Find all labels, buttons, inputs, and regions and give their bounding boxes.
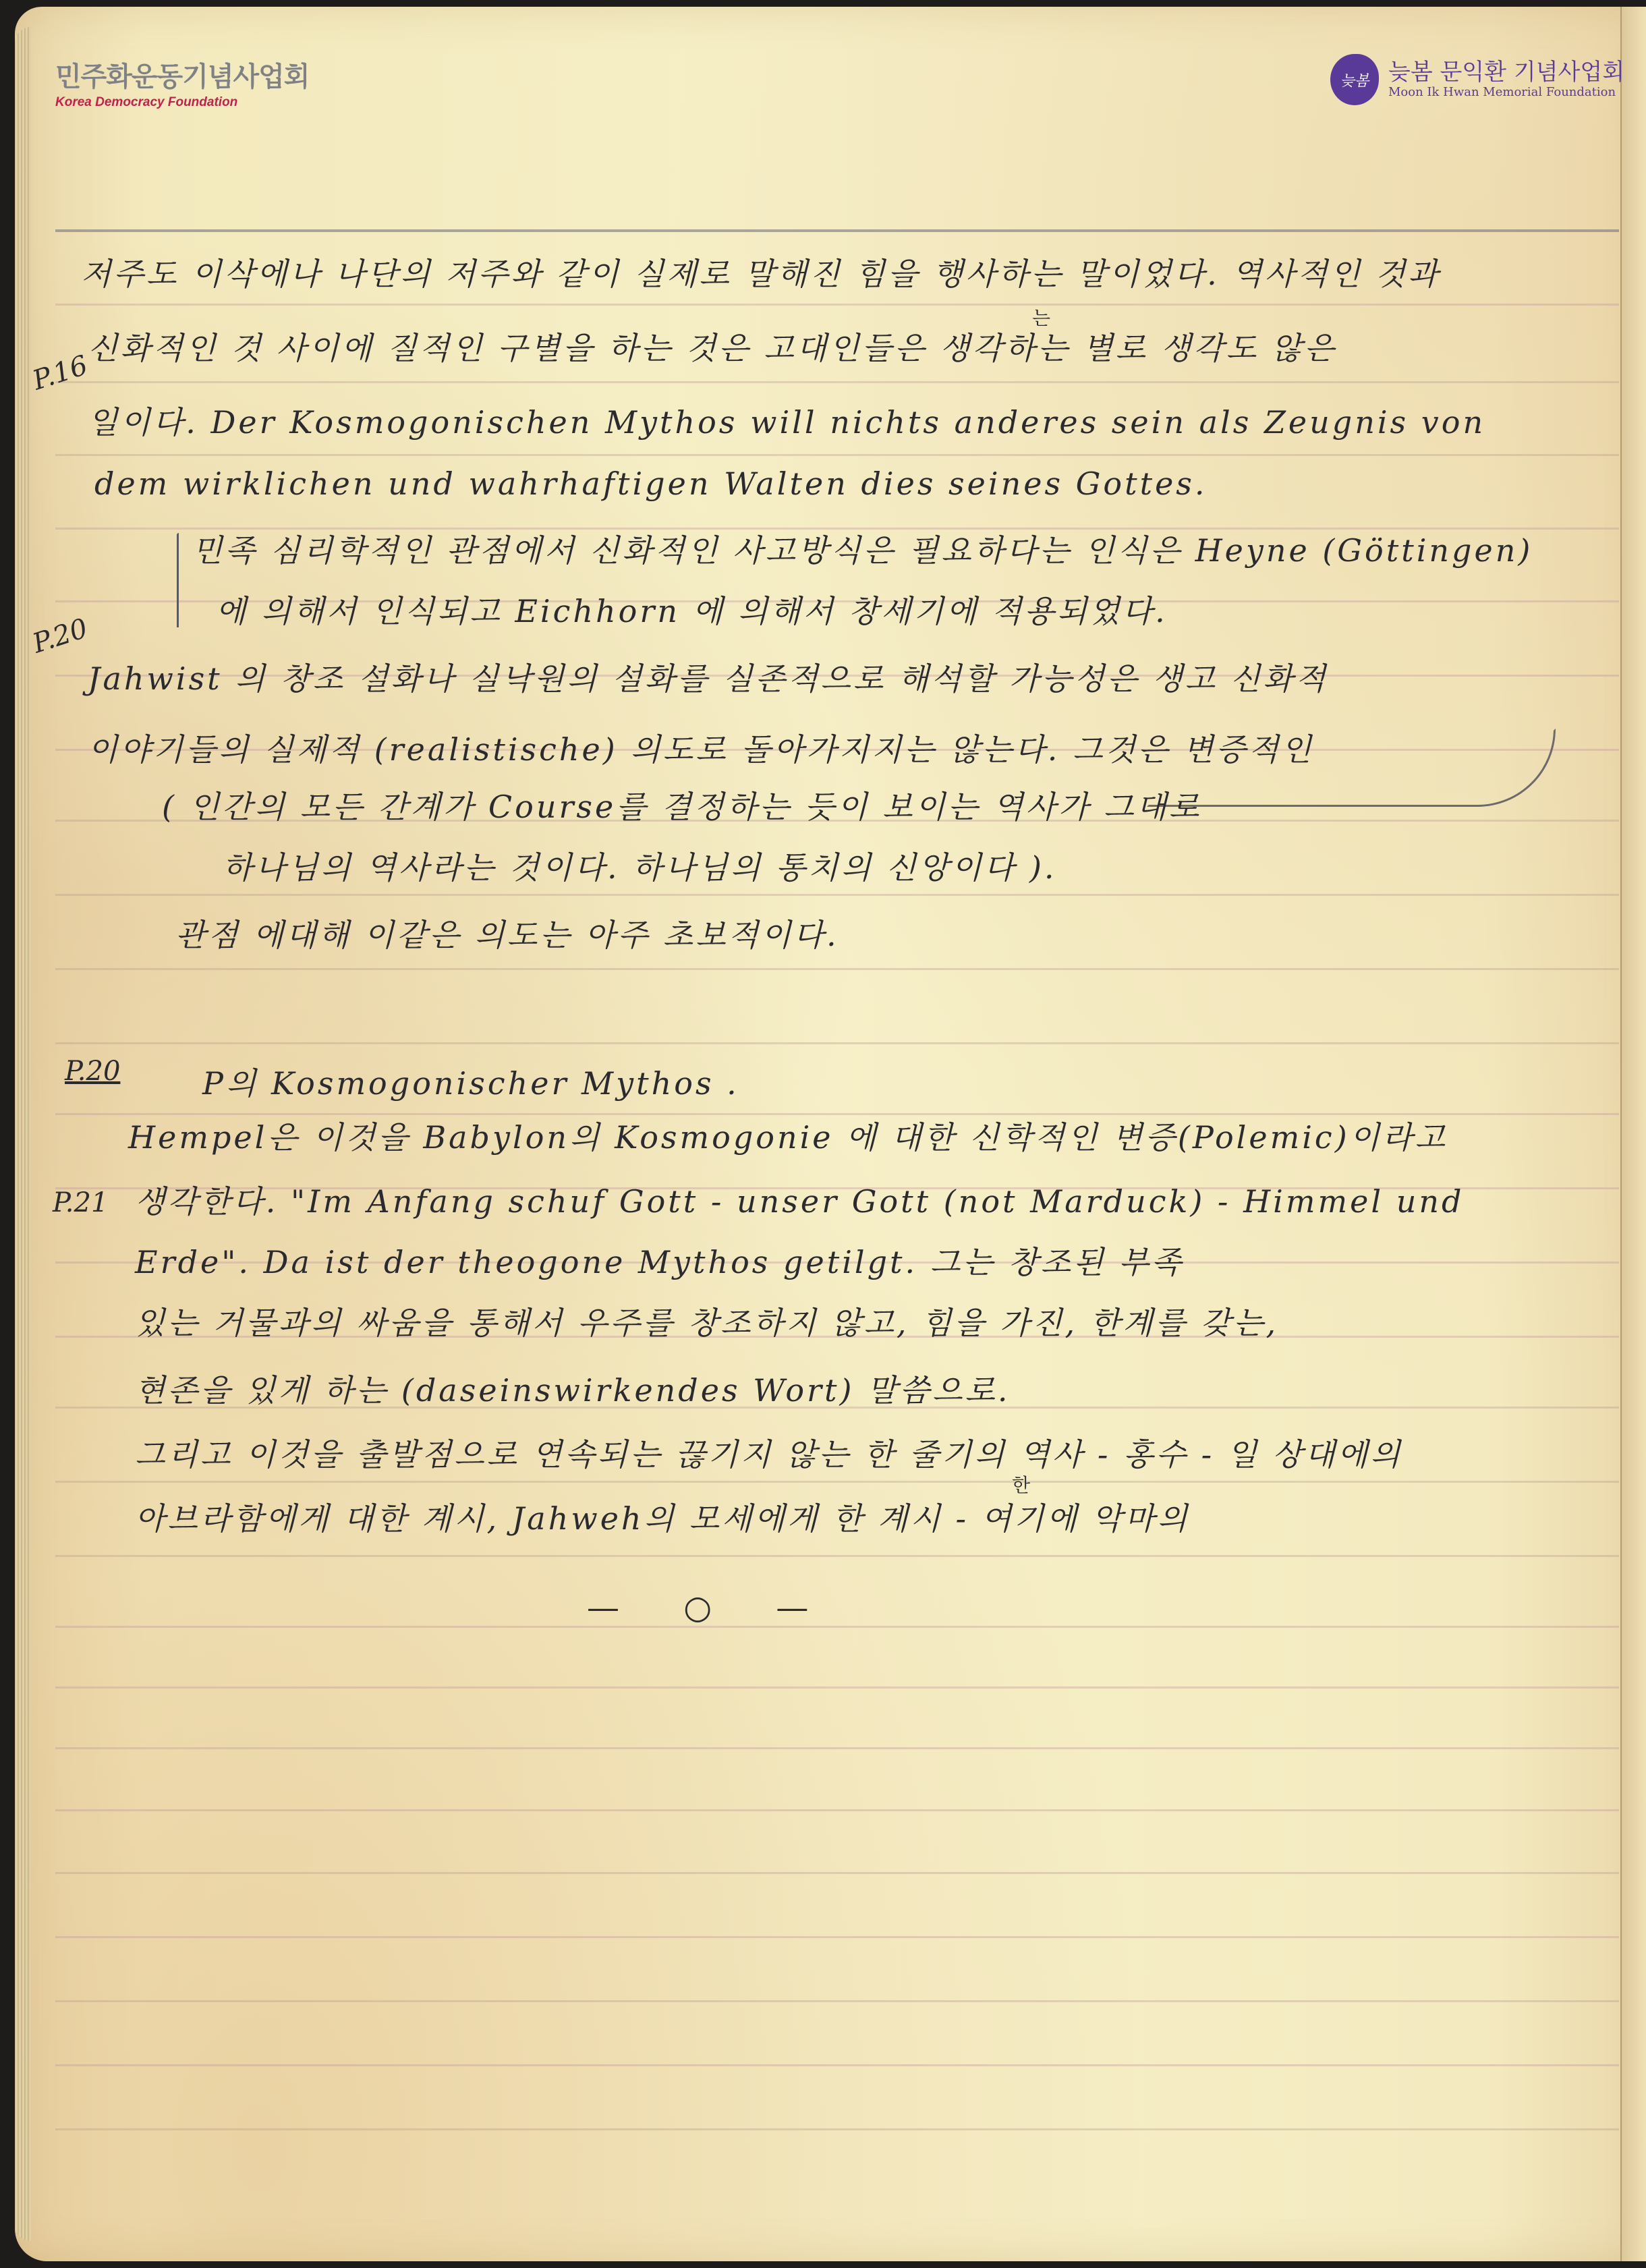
ruled-line — [55, 1872, 1619, 1874]
handwritten-line-14: 생각한다. "Im Anfang schuf Gott - unser Gott… — [135, 1177, 1464, 1222]
handwritten-line-19: 아브라함에게 대한 계시, Jahweh의 모세에게 한 계시 - 여기에 악마… — [135, 1494, 1190, 1539]
ruled-line — [55, 1555, 1619, 1557]
ruled-line — [55, 1686, 1619, 1689]
handwritten-line-8: 이야기들의 실제적 (realistische) 의도로 돌아가지지는 않는다.… — [88, 725, 1314, 770]
handwritten-line-4: dem wirklichen und wahrhaftigen Walten d… — [94, 465, 1208, 502]
handwritten-line-3: 일이다. Der Kosmogonischen Mythos will nich… — [88, 398, 1485, 443]
ruled-line — [55, 2128, 1619, 2130]
ruled-line — [55, 454, 1619, 456]
margin-page-ref-p21: P.21 — [53, 1187, 108, 1218]
ruled-line — [55, 894, 1619, 896]
handwritten-line-17: 현존을 있게 하는 (daseinswirkendes Wort) 말씀으로. — [135, 1366, 1010, 1411]
handwritten-line-5: 민족 심리학적인 관점에서 신화적인 사고방식은 필요하다는 인식은 Heyne… — [192, 526, 1533, 571]
logo-left-english-name: Korea Democracy Foundation — [55, 95, 309, 110]
margin-page-ref-p20-section: P.20 — [65, 1056, 120, 1087]
section-end-mark: — ○ — — [587, 1589, 835, 1626]
page-right-edge — [1620, 7, 1646, 2261]
handwritten-line-16: 있는 거물과의 싸움을 통해서 우주를 창조하지 않고, 힘을 가진, 한계를 … — [135, 1299, 1278, 1343]
handwritten-line-11: 관점 에대해 이같은 의도는 아주 초보적이다. — [175, 911, 839, 955]
ruled-line — [55, 1936, 1619, 1938]
header-rule — [55, 229, 1619, 232]
ruled-line — [55, 1809, 1619, 1811]
handwritten-line-10: 하나님의 역사라는 것이다. 하나님의 통치의 신앙이다 ). — [223, 843, 1057, 888]
logo-right-english-name: Moon Ik Hwan Memorial Foundation — [1388, 85, 1624, 99]
ruled-line — [55, 304, 1619, 306]
handwritten-line-2: 신화적인 것 사이에 질적인 구별을 하는 것은 고대인들은 생각하는 별로 생… — [88, 324, 1337, 368]
ruled-line — [55, 1042, 1619, 1044]
section-heading-p-kosmogonischer-mythos: P의 Kosmogonischer Mythos . — [202, 1059, 739, 1104]
neutbom-emblem-icon: 늦봄 — [1330, 54, 1379, 105]
logo-left-korean-name: 민주화운동기념사업회 — [55, 55, 309, 94]
moon-ik-hwan-foundation-logo: 늦봄 늦봄 문익환 기념사업회 Moon Ik Hwan Memorial Fo… — [1330, 54, 1624, 105]
insertion-mark: 한 — [1012, 1471, 1030, 1498]
connector-curve — [1147, 729, 1556, 807]
handwritten-line-1: 저주도 이삭에나 나단의 저주와 같이 실제로 말해진 힘을 행사하는 말이었다… — [81, 250, 1441, 294]
handwritten-line-13: Hempel은 이것을 Babylon의 Kosmogonie 에 대한 신학적… — [128, 1113, 1448, 1158]
handwritten-line-15: Erde". Da ist der theogone Mythos getilg… — [135, 1238, 1184, 1282]
ruled-line — [55, 1481, 1619, 1483]
margin-bracket — [177, 533, 179, 627]
ruled-line — [55, 968, 1619, 970]
logo-right-korean-name: 늦봄 문익환 기념사업회 — [1388, 60, 1624, 85]
handwritten-line-9: ( 인간의 모든 간계가 Course를 결정하는 듯이 보이는 역사가 그대로 — [162, 783, 1201, 827]
korea-democracy-foundation-logo: 민주화운동기념사업회 Korea Democracy Foundation — [55, 55, 309, 110]
ruled-line — [55, 381, 1619, 383]
ruled-line — [55, 1626, 1619, 1628]
page-stack-edges — [15, 27, 31, 2241]
handwritten-line-7: Jahwist 의 창조 설화나 실낙원의 설화를 실존적으로 해석할 가능성은… — [88, 654, 1328, 699]
handwritten-line-18: 그리고 이것을 출발점으로 연속되는 끊기지 않는 한 줄기의 역사 - 홍수 … — [135, 1430, 1403, 1475]
ruled-line — [55, 1747, 1619, 1749]
handwritten-line-6: 에 의해서 인식되고 Eichhorn 에 의해서 창세기에 적용되었다. — [216, 587, 1168, 631]
ruled-line — [55, 2064, 1619, 2066]
ruled-line — [55, 2000, 1619, 2002]
